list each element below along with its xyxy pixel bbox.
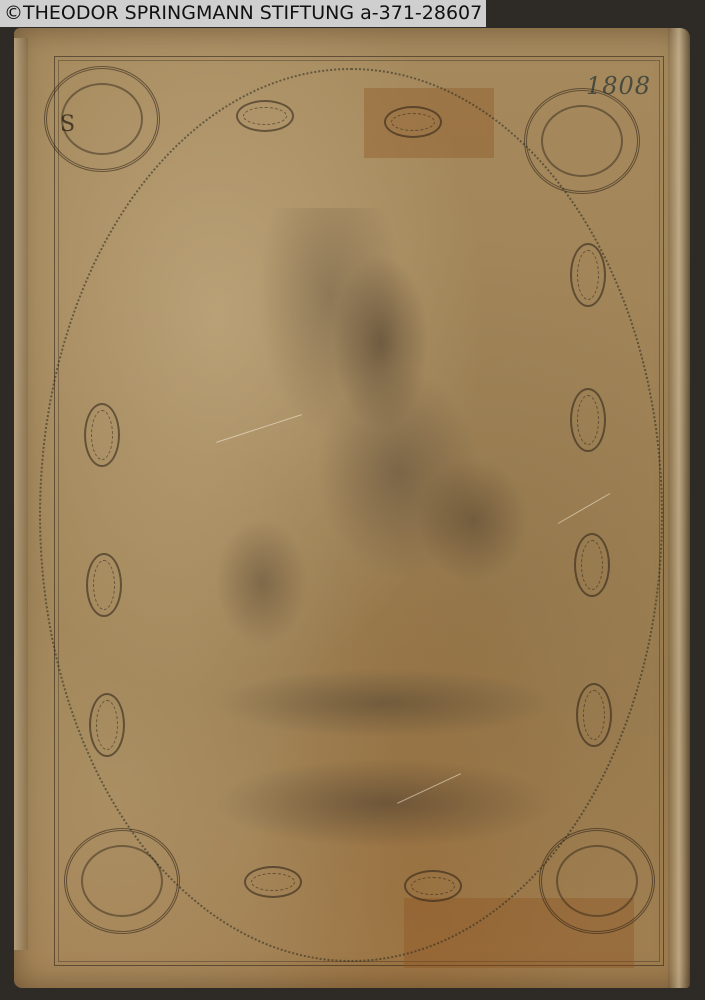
copyright-caption: ©THEODOR SPRINGMANN STIFTUNG a-371-28607 <box>0 0 486 27</box>
oval-medallion <box>84 403 120 467</box>
oval-medallion <box>86 553 122 617</box>
cherub-figure-engraving <box>194 208 534 688</box>
book-cover-photo: S 1808 <box>14 28 690 988</box>
handwritten-year: 1808 <box>586 72 651 100</box>
oval-medallion <box>570 388 606 452</box>
trophy-engraving <box>214 758 554 848</box>
oval-medallion <box>576 683 612 747</box>
ground-engraving <box>214 668 554 738</box>
oval-medallion <box>570 243 606 307</box>
oval-medallion <box>384 106 442 138</box>
cover-left-edge <box>14 38 28 950</box>
oval-medallion <box>404 870 462 902</box>
oval-medallion <box>236 100 294 132</box>
oval-medallion <box>244 866 302 898</box>
oval-medallion <box>574 533 610 597</box>
cover-right-edge <box>668 28 690 988</box>
corner-letter-mark: S <box>60 112 75 137</box>
oval-medallion <box>89 693 125 757</box>
